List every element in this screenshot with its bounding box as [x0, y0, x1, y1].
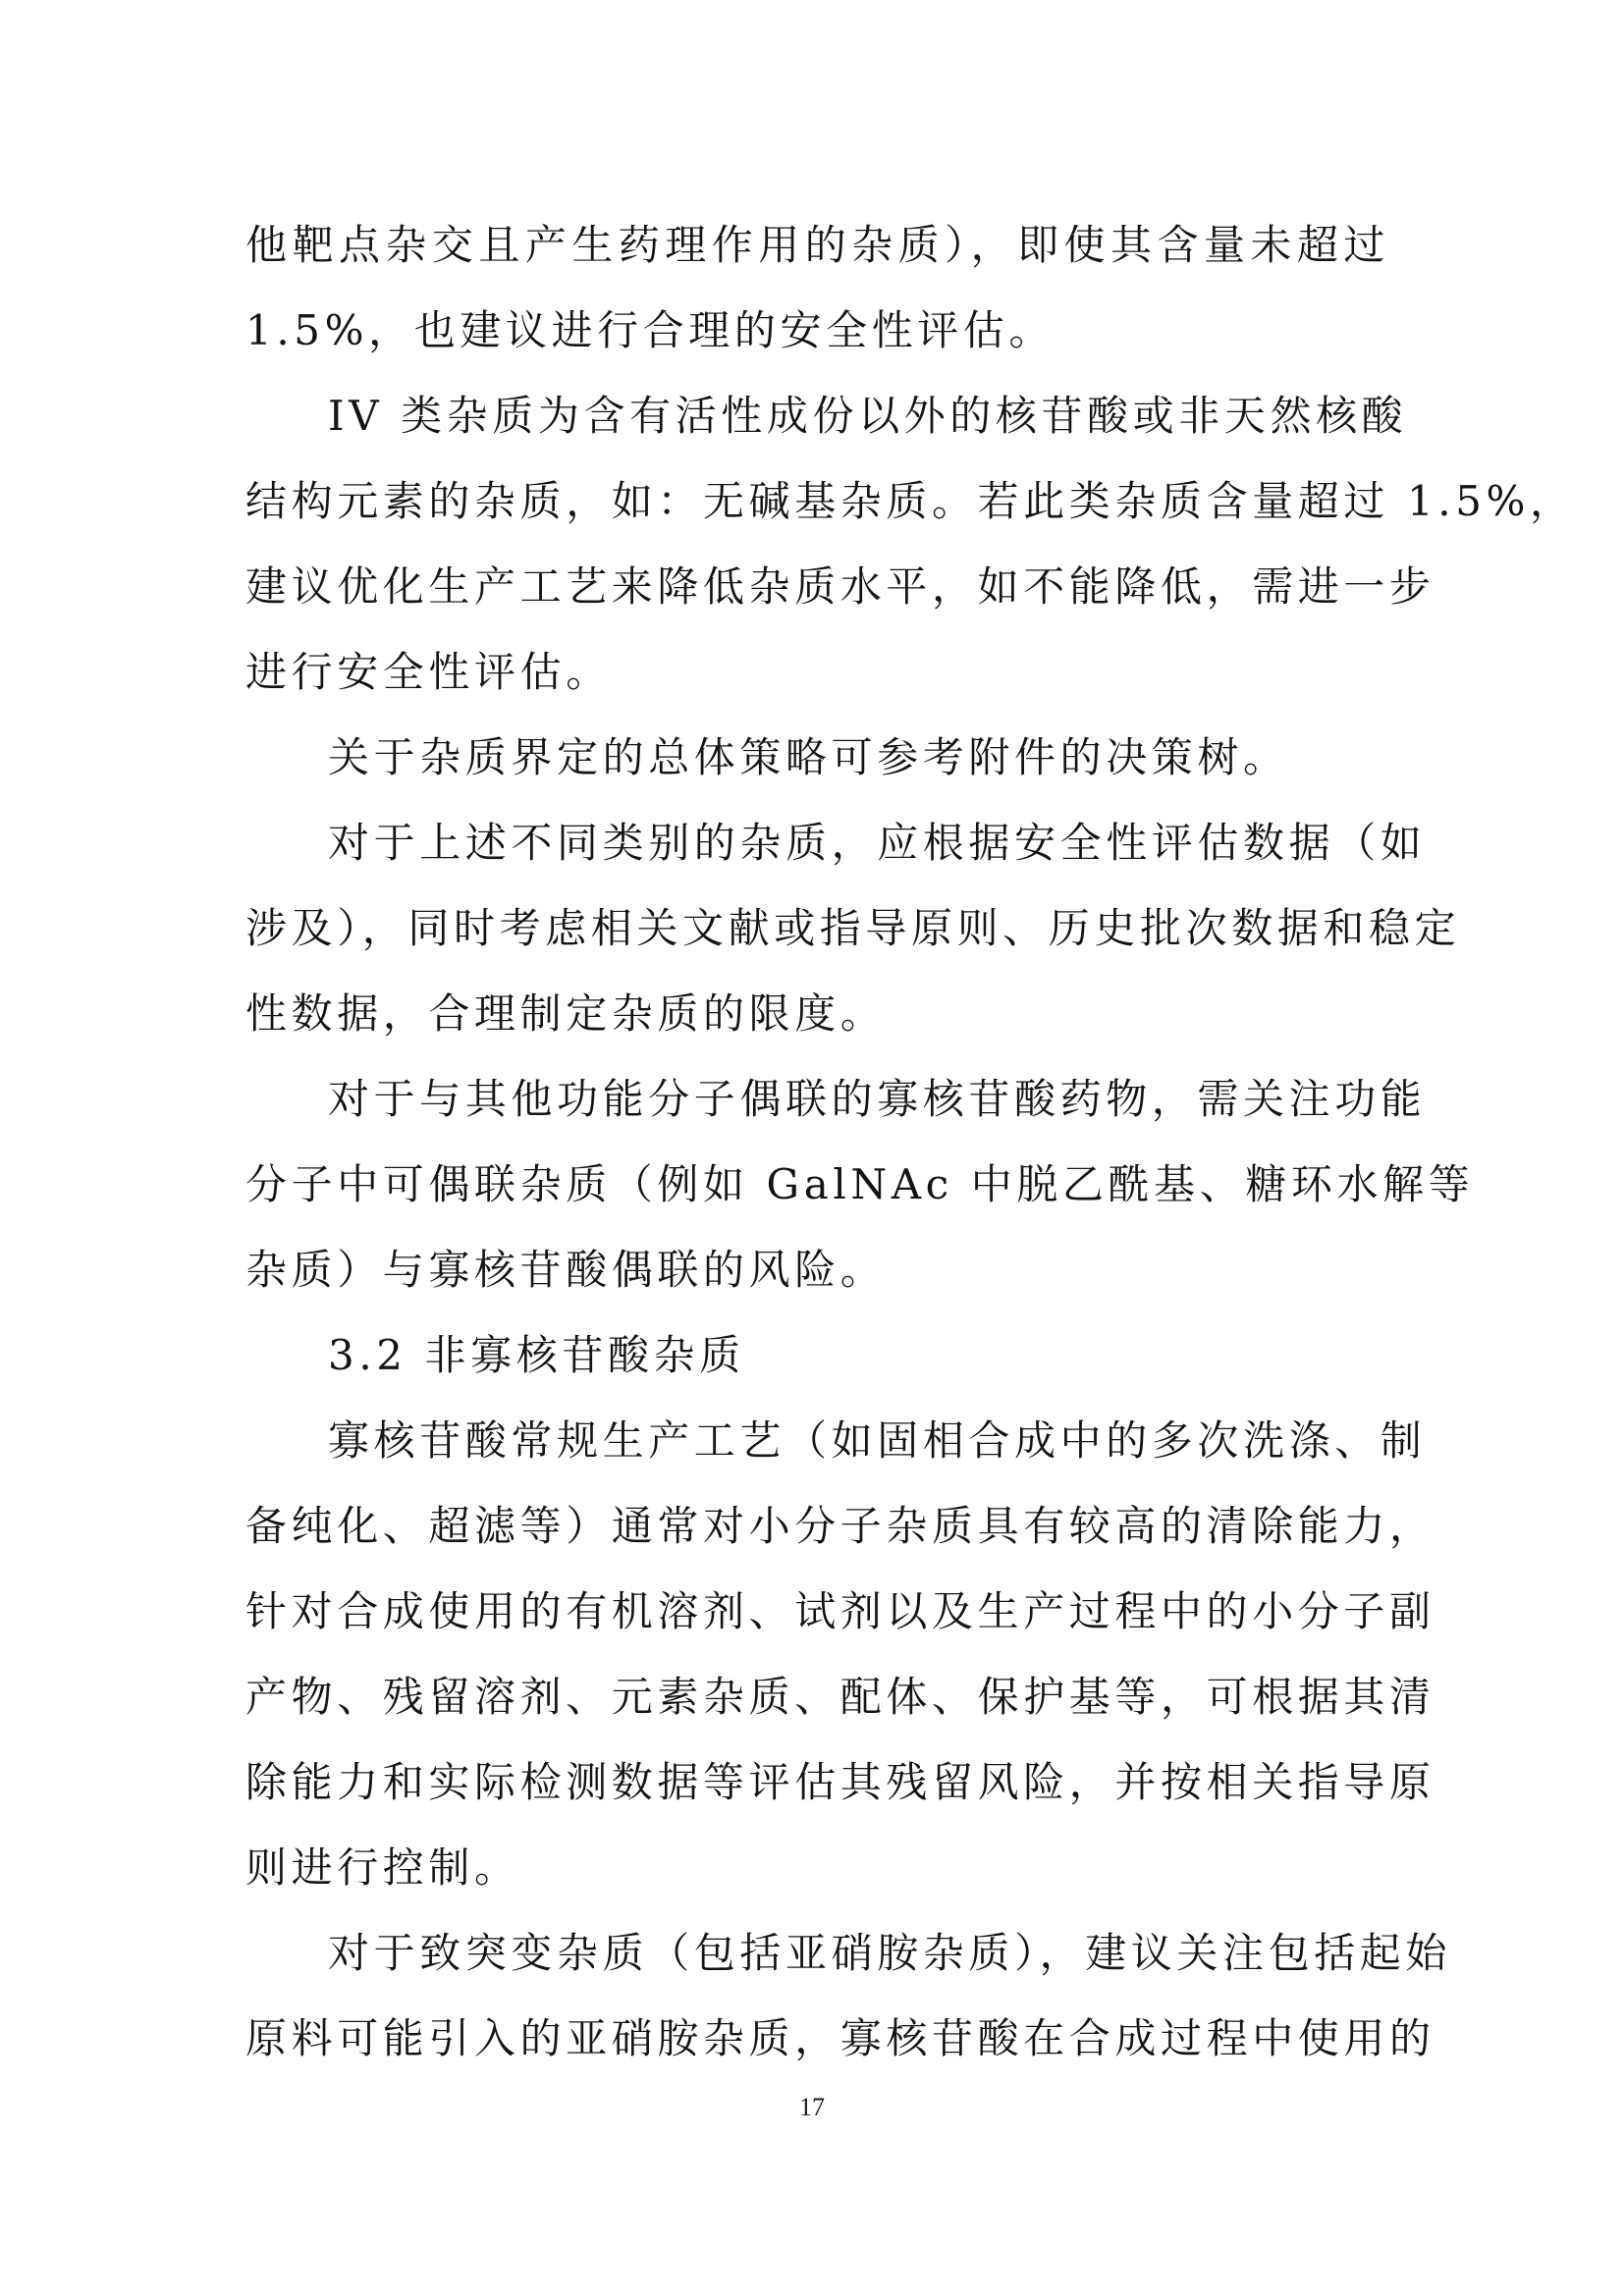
- paragraph-line: 1.5%，也建议进行合理的安全性评估。: [245, 288, 1389, 373]
- paragraph-line: IV 类杂质为含有活性成份以外的核苷酸或非天然核酸: [245, 373, 1389, 458]
- paragraph-line: 杂质）与寡核苷酸偶联的风险。: [245, 1227, 1389, 1312]
- section-heading: 3.2 非寡核苷酸杂质: [245, 1312, 1389, 1398]
- paragraph-line: 备纯化、超滤等）通常对小分子杂质具有较高的清除能力，: [245, 1483, 1389, 1569]
- paragraph-line: 涉及），同时考虑相关文献或指导原则、历史批次数据和稳定: [245, 885, 1389, 971]
- paragraph-line: 结构元素的杂质，如：无碱基杂质。若此类杂质含量超过 1.5%，: [245, 458, 1389, 544]
- paragraph-line: 性数据，合理制定杂质的限度。: [245, 971, 1389, 1056]
- paragraph-line: 对于致突变杂质（包括亚硝胺杂质），建议关注包括起始: [245, 1910, 1389, 1996]
- paragraph-line: 则进行控制。: [245, 1825, 1389, 1910]
- paragraph-line: 进行安全性评估。: [245, 629, 1389, 715]
- paragraph-line: 对于上述不同类别的杂质，应根据安全性评估数据（如: [245, 800, 1389, 885]
- paragraph-line: 产物、残留溶剂、元素杂质、配体、保护基等，可根据其清: [245, 1654, 1389, 1739]
- paragraph-line: 针对合成使用的有机溶剂、试剂以及生产过程中的小分子副: [245, 1569, 1389, 1654]
- paragraph-line: 分子中可偶联杂质（例如 GalNAc 中脱乙酰基、糖环水解等: [245, 1142, 1389, 1227]
- paragraph-line: 关于杂质界定的总体策略可参考附件的决策树。: [245, 715, 1389, 800]
- paragraph-line: 建议优化生产工艺来降低杂质水平，如不能降低，需进一步: [245, 544, 1389, 629]
- paragraph-line: 对于与其他功能分子偶联的寡核苷酸药物，需关注功能: [245, 1056, 1389, 1142]
- paragraph-line: 他靶点杂交且产生药理作用的杂质），即使其含量未超过: [245, 202, 1389, 288]
- paragraph-line: 原料可能引入的亚硝胺杂质，寡核苷酸在合成过程中使用的: [245, 1996, 1389, 2081]
- paragraph-line: 寡核苷酸常规生产工艺（如固相合成中的多次洗涤、制: [245, 1398, 1389, 1483]
- document-page: 他靶点杂交且产生药理作用的杂质），即使其含量未超过 1.5%，也建议进行合理的安…: [0, 0, 1624, 2296]
- paragraph-line: 除能力和实际检测数据等评估其残留风险，并按相关指导原: [245, 1739, 1389, 1825]
- body-text: 他靶点杂交且产生药理作用的杂质），即使其含量未超过 1.5%，也建议进行合理的安…: [245, 202, 1389, 2081]
- page-number: 17: [0, 2093, 1624, 2122]
